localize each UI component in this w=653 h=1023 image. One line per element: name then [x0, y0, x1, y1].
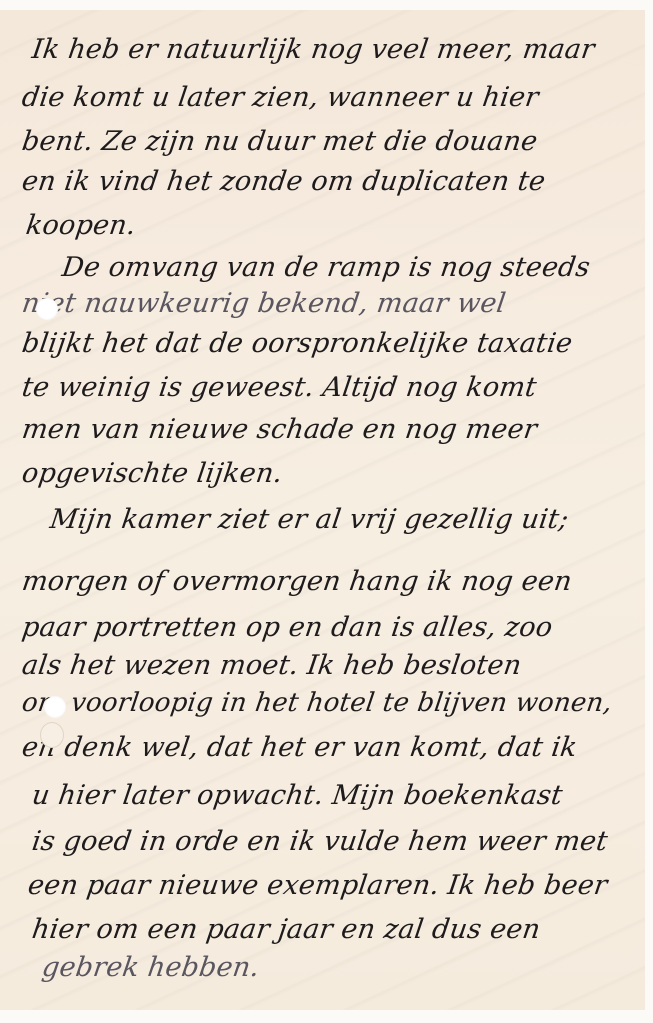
scan-right-margin [645, 0, 653, 1023]
handwritten-line-17: en denk wel, dat het er van komt, dat ik [20, 732, 579, 763]
punch-hole-upper [36, 298, 58, 320]
handwritten-line-9: te weinig is geweest. Altijd nog komt [20, 372, 538, 403]
handwritten-line-10: men van nieuwe schade en nog meer [20, 414, 539, 445]
handwritten-line-1: Ik heb er natuurlijk nog veel meer, maar [30, 34, 597, 65]
handwritten-line-18: u hier later opwacht. Mijn boekenkast [30, 780, 565, 811]
handwritten-line-3: bent. Ze zijn nu duur met die douane [20, 126, 540, 157]
handwritten-line-4: en ik vind het zonde om duplicaten te [20, 166, 547, 197]
handwritten-line-13: morgen of overmorgen hang ik nog een [20, 566, 574, 597]
scan-bottom-margin [0, 1010, 653, 1023]
handwritten-line-2: die komt u later zien, wanneer u hier [20, 82, 541, 113]
letter-page: Ik heb er natuurlijk nog veel meer, maar… [0, 10, 645, 1010]
handwritten-line-6: De omvang van de ramp is nog steeds [60, 252, 592, 283]
handwritten-line-19: is goed in orde en ik vulde hem weer met [30, 826, 610, 857]
scan-top-margin [0, 0, 653, 10]
handwritten-line-21: hier om een paar jaar en zal dus een [30, 914, 542, 945]
punch-hole-emboss [40, 722, 64, 748]
handwritten-line-12: Mijn kamer ziet er al vrij gezellig uit; [48, 504, 571, 535]
handwritten-line-20: een paar nieuwe exemplaren. Ik heb beer [26, 870, 609, 901]
handwritten-line-22: gebrek hebben. [40, 952, 261, 983]
handwritten-line-8: blijkt het dat de oorspronkelijke taxati… [20, 328, 574, 359]
handwritten-line-15: als het wezen moet. Ik heb besloten [20, 650, 524, 681]
punch-hole-lower [44, 696, 66, 718]
handwritten-line-14: paar portretten op en dan is alles, zoo [20, 612, 555, 643]
handwritten-line-11: opgevischte lijken. [20, 458, 285, 489]
handwritten-line-5: koopen. [24, 210, 138, 241]
handwritten-line-16: om voorloopig in het hotel te blijven wo… [20, 688, 614, 718]
handwritten-line-7: niet nauwkeurig bekend, maar wel [20, 288, 508, 319]
